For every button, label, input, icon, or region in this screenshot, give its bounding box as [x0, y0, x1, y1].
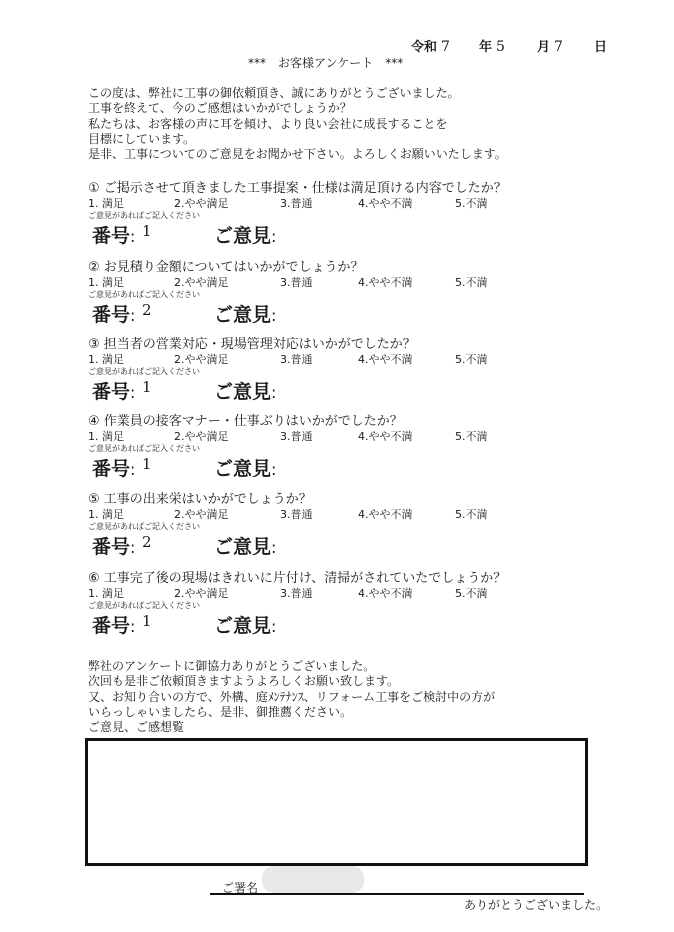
answer-number-value: 2: [142, 533, 152, 551]
option-1: 1. 満足: [88, 428, 124, 444]
answer-number-field[interactable]: 番号: 1: [92, 221, 152, 248]
day-label: 日: [594, 36, 607, 55]
option-3: 3.普通: [280, 351, 313, 367]
answer-number-field[interactable]: 番号: 1: [92, 611, 152, 638]
answer-number-value: 1: [142, 612, 152, 630]
opinion-field[interactable]: ご意見:: [214, 221, 276, 248]
question-text: ④ 作業員の接客マナー・仕事ぶりはいかがでしたか？: [88, 410, 403, 429]
option-2: 2.やや満足: [174, 506, 229, 522]
question-text: ⑥ 工事完了後の現場はきれいに片付け、清掃がされていたでしょうか？: [88, 567, 506, 586]
answer-number-value: 1: [142, 222, 152, 240]
option-3: 3.普通: [280, 585, 313, 601]
opinion-field[interactable]: ご意見:: [214, 611, 276, 638]
intro-line: 私たちは、お客様の声に耳を傾け、より良い会社に成長することを: [88, 117, 507, 132]
answer-number-value: 1: [142, 378, 152, 396]
answer-number-field[interactable]: 番号: 2: [92, 532, 152, 559]
outro-line: 次回も是非ご依頼頂きますようよろしくお願い致します。: [88, 674, 495, 689]
answer-number-field[interactable]: 番号: 1: [92, 377, 152, 404]
option-4: 4.やや不満: [358, 428, 413, 444]
option-2: 2.やや満足: [174, 274, 229, 290]
option-2: 2.やや満足: [174, 585, 229, 601]
option-5: 5.不満: [455, 506, 488, 522]
option-5: 5.不満: [455, 274, 488, 290]
option-4: 4.やや不満: [358, 351, 413, 367]
outro-line: 又、お知り合いの方で、外構、庭ﾒﾝﾃﾅﾝｽ、リフォーム工事をご検討中の方が: [88, 690, 495, 705]
question-6: ⑥ 工事完了後の現場はきれいに片付け、清掃がされていたでしょうか？ 1. 満足 …: [88, 567, 588, 645]
era-label: 令和7: [411, 36, 450, 55]
answer-number-field[interactable]: 番号: 1: [92, 454, 152, 481]
intro-text: この度は、弊社に工事の御依頼頂き、誠にありがとうございました。 工事を終えて、今…: [88, 86, 507, 162]
opinion-field[interactable]: ご意見:: [214, 377, 276, 404]
day-value: 7: [554, 39, 563, 55]
option-5: 5.不満: [455, 351, 488, 367]
option-5: 5.不満: [455, 428, 488, 444]
year-value: 7: [441, 39, 450, 55]
option-3: 3.普通: [280, 506, 313, 522]
option-2: 2.やや満足: [174, 351, 229, 367]
outro-line: 弊社のアンケートに御協力ありがとうございました。: [88, 659, 495, 674]
question-text: ① ご掲示させて頂きました工事提案・仕様は満足頂ける内容でしたか？: [88, 177, 507, 196]
survey-title: *** お客様アンケート ***: [248, 54, 403, 71]
comments-textarea[interactable]: [85, 738, 588, 866]
option-3: 3.普通: [280, 274, 313, 290]
closing-text: ありがとうございました。: [464, 896, 608, 913]
option-2: 2.やや満足: [174, 195, 229, 211]
month-value: 5: [496, 39, 505, 55]
comment-hint: ご意見があればご記入ください: [88, 600, 200, 611]
question-3: ③ 担当者の営業対応・現場管理対応はいかがでしたか？ 1. 満足 2.やや満足 …: [88, 333, 588, 411]
question-1: ① ご掲示させて頂きました工事提案・仕様は満足頂ける内容でしたか？ 1. 満足 …: [88, 177, 588, 255]
option-4: 4.やや不満: [358, 506, 413, 522]
signature-line: [210, 893, 584, 895]
question-text: ② お見積り金額についてはいかがでしょうか？: [88, 256, 364, 275]
comment-hint: ご意見があればご記入ください: [88, 521, 200, 532]
option-3: 3.普通: [280, 195, 313, 211]
question-5: ⑤ 工事の出来栄はいかがでしょうか？ 1. 満足 2.やや満足 3.普通 4.や…: [88, 488, 588, 566]
opinion-field[interactable]: ご意見:: [214, 532, 276, 559]
option-2: 2.やや満足: [174, 428, 229, 444]
comment-hint: ご意見があればご記入ください: [88, 289, 200, 300]
option-1: 1. 満足: [88, 585, 124, 601]
question-2: ② お見積り金額についてはいかがでしょうか？ 1. 満足 2.やや満足 3.普通…: [88, 256, 588, 334]
option-4: 4.やや不満: [358, 274, 413, 290]
intro-line: この度は、弊社に工事の御依頼頂き、誠にありがとうございました。: [88, 86, 507, 101]
option-1: 1. 満足: [88, 195, 124, 211]
option-5: 5.不満: [455, 195, 488, 211]
answer-number-field[interactable]: 番号: 2: [92, 300, 152, 327]
option-4: 4.やや不満: [358, 195, 413, 211]
intro-line: 工事を終えて、今のご感想はいかがでしょうか？: [88, 101, 507, 116]
outro-line: いらっしゃいましたら、是非、御推薦ください。: [88, 705, 495, 720]
option-1: 1. 満足: [88, 506, 124, 522]
option-1: 1. 満足: [88, 274, 124, 290]
signature-redaction[interactable]: [262, 866, 364, 893]
month-label-group: 月7: [537, 36, 563, 55]
answer-number-value: 1: [142, 455, 152, 473]
answer-number-value: 2: [142, 301, 152, 319]
question-4: ④ 作業員の接客マナー・仕事ぶりはいかがでしたか？ 1. 満足 2.やや満足 3…: [88, 410, 588, 488]
year-label-group: 年5: [479, 36, 505, 55]
option-4: 4.やや不満: [358, 585, 413, 601]
option-5: 5.不満: [455, 585, 488, 601]
opinion-field[interactable]: ご意見:: [214, 454, 276, 481]
comment-hint: ご意見があればご記入ください: [88, 443, 200, 454]
comment-hint: ご意見があればご記入ください: [88, 210, 200, 221]
option-3: 3.普通: [280, 428, 313, 444]
intro-line: 目標にしています。: [88, 132, 507, 147]
outro-text: 弊社のアンケートに御協力ありがとうございました。 次回も是非ご依頼頂きますようよ…: [88, 659, 495, 735]
question-text: ⑤ 工事の出来栄はいかがでしょうか？: [88, 488, 312, 507]
opinion-field[interactable]: ご意見:: [214, 300, 276, 327]
comments-heading: ご意見、ご感想覧: [88, 720, 495, 735]
question-text: ③ 担当者の営業対応・現場管理対応はいかがでしたか？: [88, 333, 416, 352]
comment-hint: ご意見があればご記入ください: [88, 366, 200, 377]
option-1: 1. 満足: [88, 351, 124, 367]
intro-line: 是非、工事についてのご意見をお聞かせ下さい。よろしくお願いいたします。: [88, 147, 507, 162]
